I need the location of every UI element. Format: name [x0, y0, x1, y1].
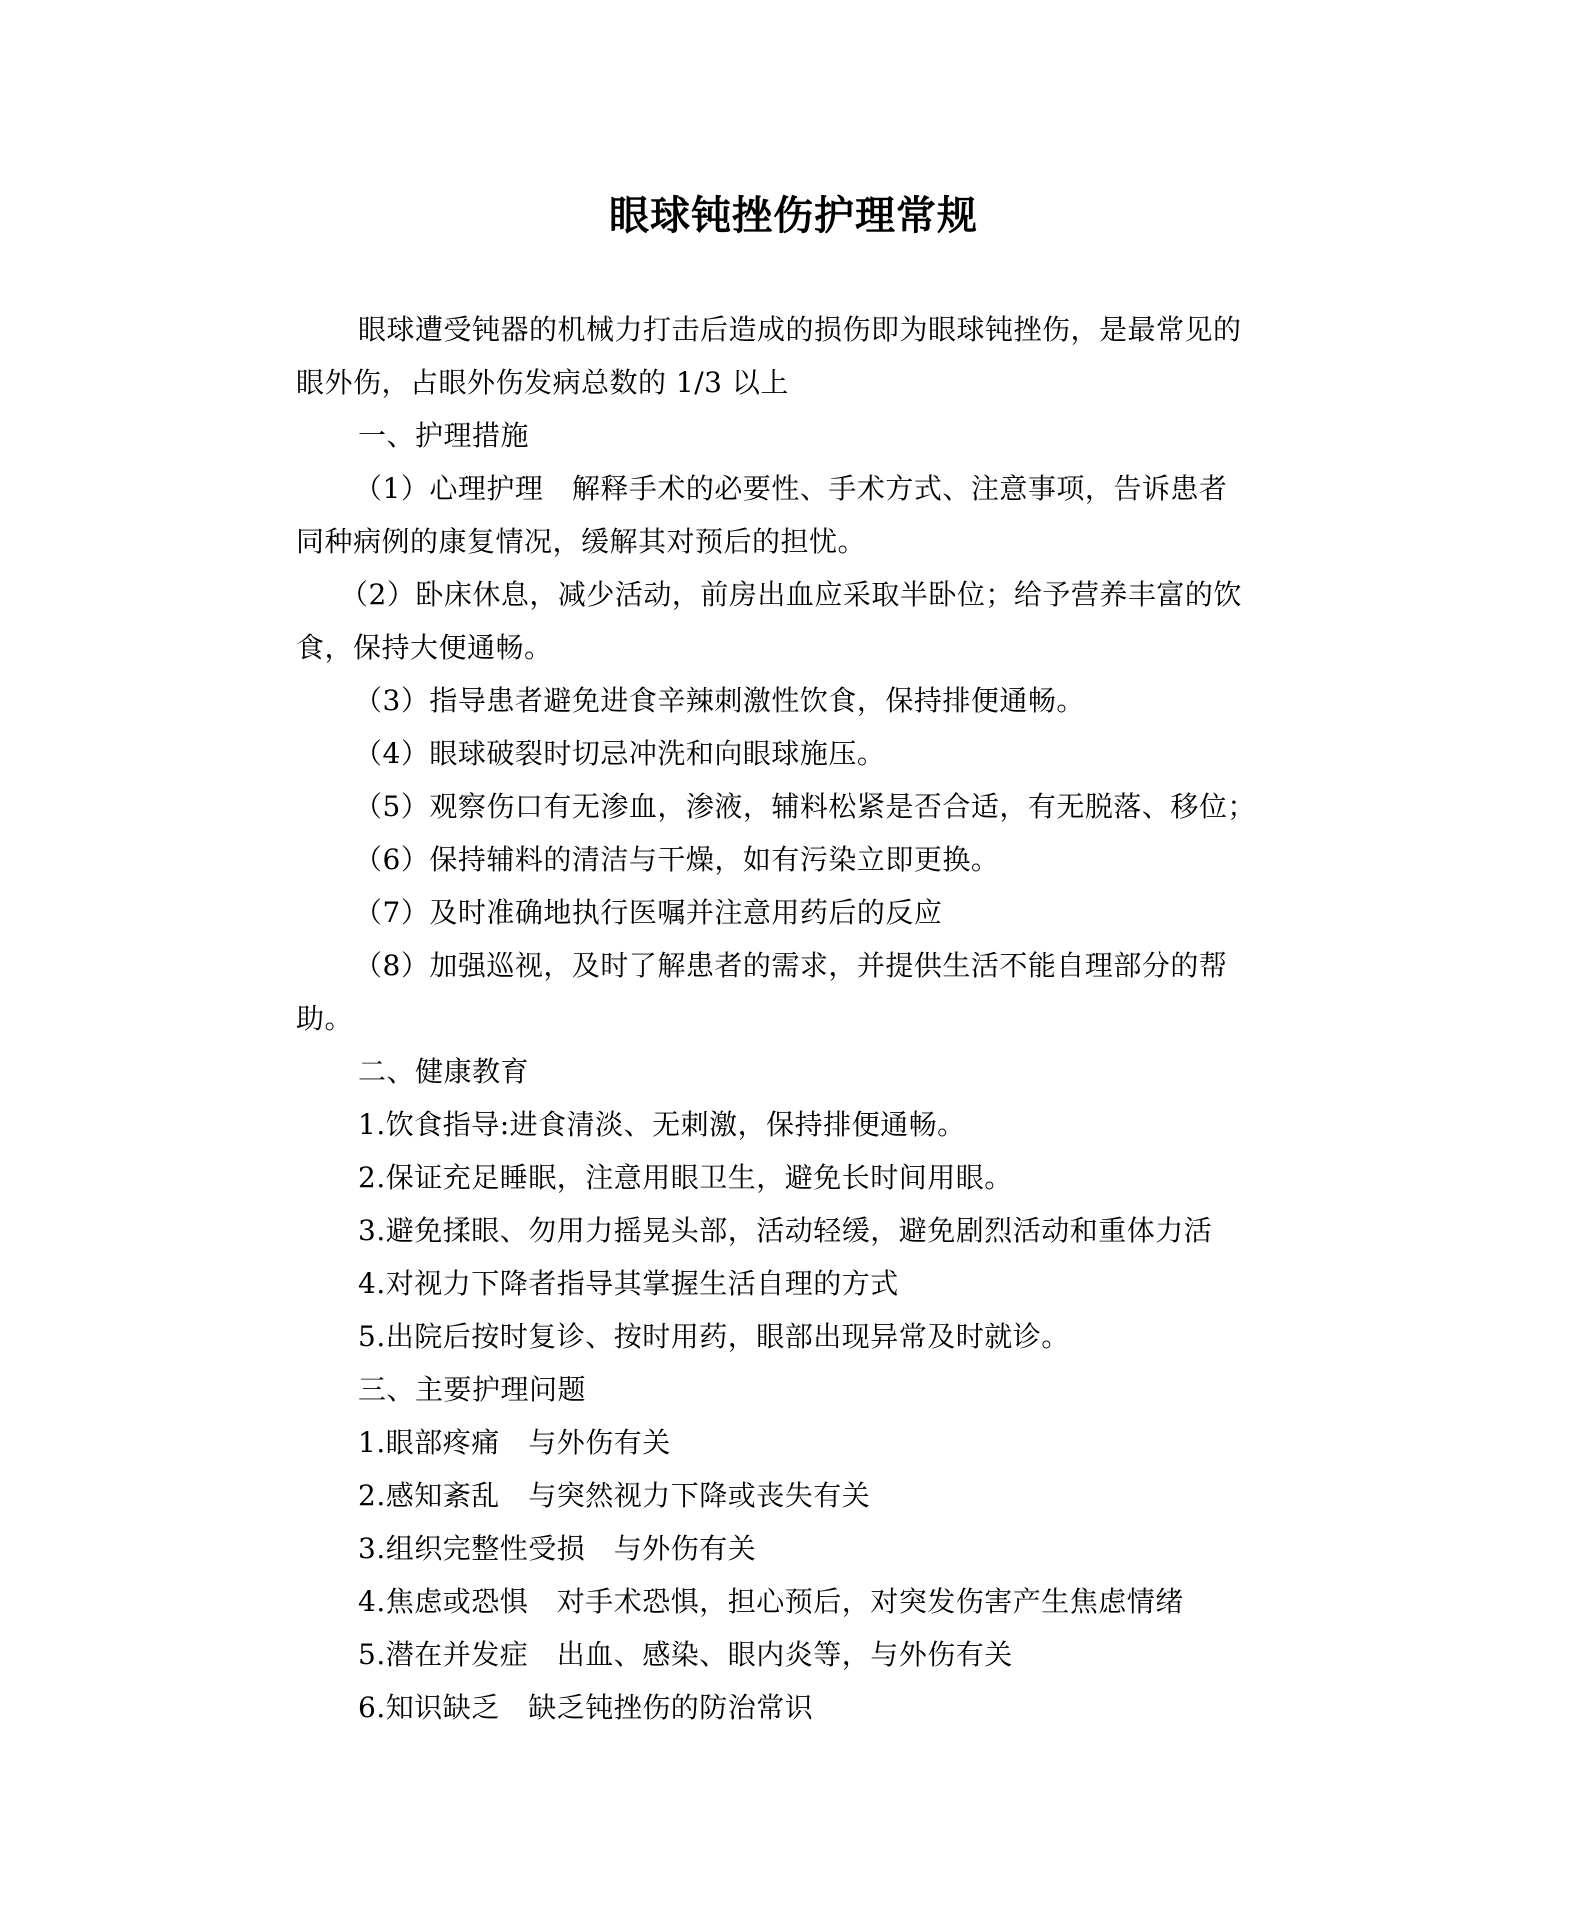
- list-item: 2.感知紊乱 与突然视力下降或丧失有关: [296, 1469, 1348, 1522]
- list-item: 3.避免揉眼、勿用力摇晃头部，活动轻缓，避免剧烈活动和重体力活: [296, 1204, 1348, 1257]
- list-item: 4.焦虑或恐惧 对手术恐惧，担心预后，对突发伤害产生焦虑情绪: [296, 1575, 1348, 1628]
- list-item-line: 食，保持大便通畅。: [296, 621, 1348, 674]
- list-item: （3）指导患者避免进食辛辣刺激性饮食，保持排便通畅。: [296, 674, 1348, 727]
- list-item: 2.保证充足睡眠，注意用眼卫生，避免长时间用眼。: [296, 1151, 1348, 1204]
- list-item-line: （1）心理护理 解释手术的必要性、手术方式、注意事项，告诉患者: [296, 462, 1348, 515]
- list-item: （5）观察伤口有无渗血，渗液，辅料松紧是否合适，有无脱落、移位；: [296, 780, 1348, 833]
- section-heading: 二、健康教育: [296, 1045, 1348, 1098]
- paragraph-line: 眼球遭受钝器的机械力打击后造成的损伤即为眼球钝挫伤，是最常见的: [296, 303, 1348, 356]
- section-heading: 一、护理措施: [296, 409, 1348, 462]
- list-item-line: （8）加强巡视，及时了解患者的需求，并提供生活不能自理部分的帮: [296, 939, 1348, 992]
- document-body: 眼球遭受钝器的机械力打击后造成的损伤即为眼球钝挫伤，是最常见的 眼外伤，占眼外伤…: [296, 303, 1348, 1734]
- list-item: （8）加强巡视，及时了解患者的需求，并提供生活不能自理部分的帮 助。: [296, 939, 1348, 1045]
- list-item: （7）及时准确地执行医嘱并注意用药后的反应: [296, 886, 1348, 939]
- intro-paragraph: 眼球遭受钝器的机械力打击后造成的损伤即为眼球钝挫伤，是最常见的 眼外伤，占眼外伤…: [296, 303, 1348, 409]
- list-item: （2）卧床休息，减少活动，前房出血应采取半卧位；给予营养丰富的饮 食，保持大便通…: [296, 568, 1348, 674]
- list-item: （6）保持辅料的清洁与干燥，如有污染立即更换。: [296, 833, 1348, 886]
- section-health-education: 二、健康教育 1.饮食指导:进食清淡、无刺激，保持排便通畅。 2.保证充足睡眠，…: [296, 1045, 1348, 1363]
- list-item: 1.饮食指导:进食清淡、无刺激，保持排便通畅。: [296, 1098, 1348, 1151]
- list-item: 1.眼部疼痛 与外伤有关: [296, 1416, 1348, 1469]
- list-item: 4.对视力下降者指导其掌握生活自理的方式: [296, 1257, 1348, 1310]
- list-item: 5.出院后按时复诊、按时用药，眼部出现异常及时就诊。: [296, 1310, 1348, 1363]
- section-heading: 三、主要护理问题: [296, 1363, 1348, 1416]
- list-item: 6.知识缺乏 缺乏钝挫伤的防治常识: [296, 1681, 1348, 1734]
- document-title: 眼球钝挫伤护理常规: [0, 190, 1587, 242]
- section-nursing-measures: 一、护理措施 （1）心理护理 解释手术的必要性、手术方式、注意事项，告诉患者 同…: [296, 409, 1348, 1045]
- list-item: 5.潜在并发症 出血、感染、眼内炎等，与外伤有关: [296, 1628, 1348, 1681]
- list-item: 3.组织完整性受损 与外伤有关: [296, 1522, 1348, 1575]
- list-item: （4）眼球破裂时切忌冲洗和向眼球施压。: [296, 727, 1348, 780]
- list-item-line: 同种病例的康复情况，缓解其对预后的担忧。: [296, 515, 1348, 568]
- section-main-nursing-problems: 三、主要护理问题 1.眼部疼痛 与外伤有关 2.感知紊乱 与突然视力下降或丧失有…: [296, 1363, 1348, 1734]
- document-page: 眼球钝挫伤护理常规 眼球遭受钝器的机械力打击后造成的损伤即为眼球钝挫伤，是最常见…: [0, 0, 1587, 1927]
- list-item-line: 助。: [296, 992, 1348, 1045]
- paragraph-line: 眼外伤，占眼外伤发病总数的 1/3 以上: [296, 356, 1348, 409]
- list-item: （1）心理护理 解释手术的必要性、手术方式、注意事项，告诉患者 同种病例的康复情…: [296, 462, 1348, 568]
- list-item-line: （2）卧床休息，减少活动，前房出血应采取半卧位；给予营养丰富的饮: [296, 568, 1348, 621]
